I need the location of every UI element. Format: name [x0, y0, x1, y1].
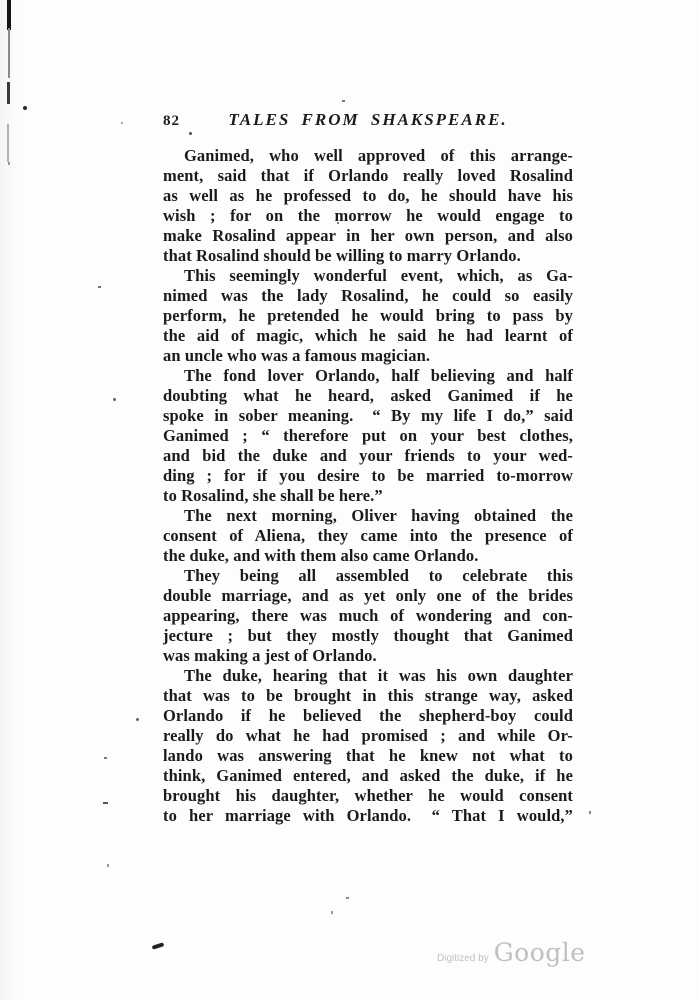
text-block: Ganimed, who well approved of this arran… [163, 146, 573, 826]
text-line: make Rosalind appear in her own person, … [163, 226, 573, 246]
text-line: as well as he professed to do, he should… [163, 186, 573, 206]
scan-artifact [8, 28, 10, 78]
text-line: ment, said that if Orlando really loved … [163, 166, 573, 186]
scan-artifact [121, 122, 123, 124]
text-line: to her marriage with Orlando. “ That I w… [163, 806, 573, 826]
text-line: the aid of magic, which he said he had l… [163, 326, 573, 346]
text-line: brought his daughter, whether he would c… [163, 786, 573, 806]
text-line: wish ; for on the morrow he would engage… [163, 206, 573, 226]
watermark-prefix: Digitized by [437, 953, 489, 964]
text-line: Ganimed, who well approved of this arran… [163, 146, 573, 166]
text-line: double marriage, and as yet only one of … [163, 586, 573, 606]
text-line: perform, he pretended he would bring to … [163, 306, 573, 326]
text-line: really do what he had promised ; and whi… [163, 726, 573, 746]
scan-artifact [7, 124, 9, 162]
scan-artifact [113, 398, 116, 401]
scan-artifact [152, 942, 165, 950]
text-line: an uncle who was a famous magician. [163, 346, 573, 366]
scan-artifact [346, 897, 349, 899]
google-logo: Google [494, 938, 586, 967]
scan-artifact [589, 811, 591, 814]
text-line: nimed was the lady Rosalind, he could so… [163, 286, 573, 306]
text-line: think, Ganimed entered, and asked the du… [163, 766, 573, 786]
running-header: 82 TALES FROM SHAKSPEARE. [163, 110, 573, 134]
text-line: Ganimed ; “ therefore put on your best c… [163, 426, 573, 446]
text-line: ding ; for if you desire to be married t… [163, 466, 573, 486]
scan-artifact [103, 802, 108, 804]
scan-artifact [7, 82, 10, 104]
scan-artifact [23, 106, 27, 110]
text-line: doubting what he heard, asked Ganimed if… [163, 386, 573, 406]
text-line: jecture ; but they mostly thought that G… [163, 626, 573, 646]
text-line: spoke in sober meaning. “ By my life I d… [163, 406, 573, 426]
scan-artifact [104, 757, 107, 759]
text-line: that was to be brought in this strange w… [163, 686, 573, 706]
scanned-book-page: 82 TALES FROM SHAKSPEARE. Ganimed, who w… [0, 0, 699, 1000]
text-line: that Rosalind should be willing to marry… [163, 246, 573, 266]
text-line: The next morning, Oliver having obtained… [163, 506, 573, 526]
paragraph: The next morning, Oliver having obtained… [163, 506, 573, 566]
text-line: was making a jest of Orlando. [163, 646, 573, 666]
scan-artifact [136, 718, 139, 721]
text-line: The duke, hearing that it was his own da… [163, 666, 573, 686]
text-line: They being all assembled to celebrate th… [163, 566, 573, 586]
paragraph: The fond lover Orlando, half believing a… [163, 366, 573, 506]
scan-artifact [107, 864, 109, 867]
text-line: appearing, there was much of wondering a… [163, 606, 573, 626]
scan-artifact [342, 100, 345, 102]
scan-artifact [331, 911, 333, 914]
paragraph: Ganimed, who well approved of this arran… [163, 146, 573, 266]
running-title: TALES FROM SHAKSPEARE. [228, 110, 507, 130]
scan-artifact [8, 162, 10, 165]
text-line: lando was answering that he knew not wha… [163, 746, 573, 766]
text-line: This seemingly wonderful event, which, a… [163, 266, 573, 286]
page-number: 82 [163, 113, 180, 130]
paragraph: They being all assembled to celebrate th… [163, 566, 573, 666]
watermark: Digitized by Google [437, 938, 586, 967]
text-line: the duke, and with them also came Orland… [163, 546, 573, 566]
scan-artifact [98, 286, 101, 288]
scan-artifact [7, 0, 11, 30]
paragraph: The duke, hearing that it was his own da… [163, 666, 573, 826]
text-line: and bid the duke and your friends to you… [163, 446, 573, 466]
paragraph: This seemingly wonderful event, which, a… [163, 266, 573, 366]
text-line: The fond lover Orlando, half believing a… [163, 366, 573, 386]
text-line: Orlando if he believed the shepherd-boy … [163, 706, 573, 726]
text-line: to Rosalind, she shall be here.” [163, 486, 573, 506]
text-line: consent of Aliena, they came into the pr… [163, 526, 573, 546]
